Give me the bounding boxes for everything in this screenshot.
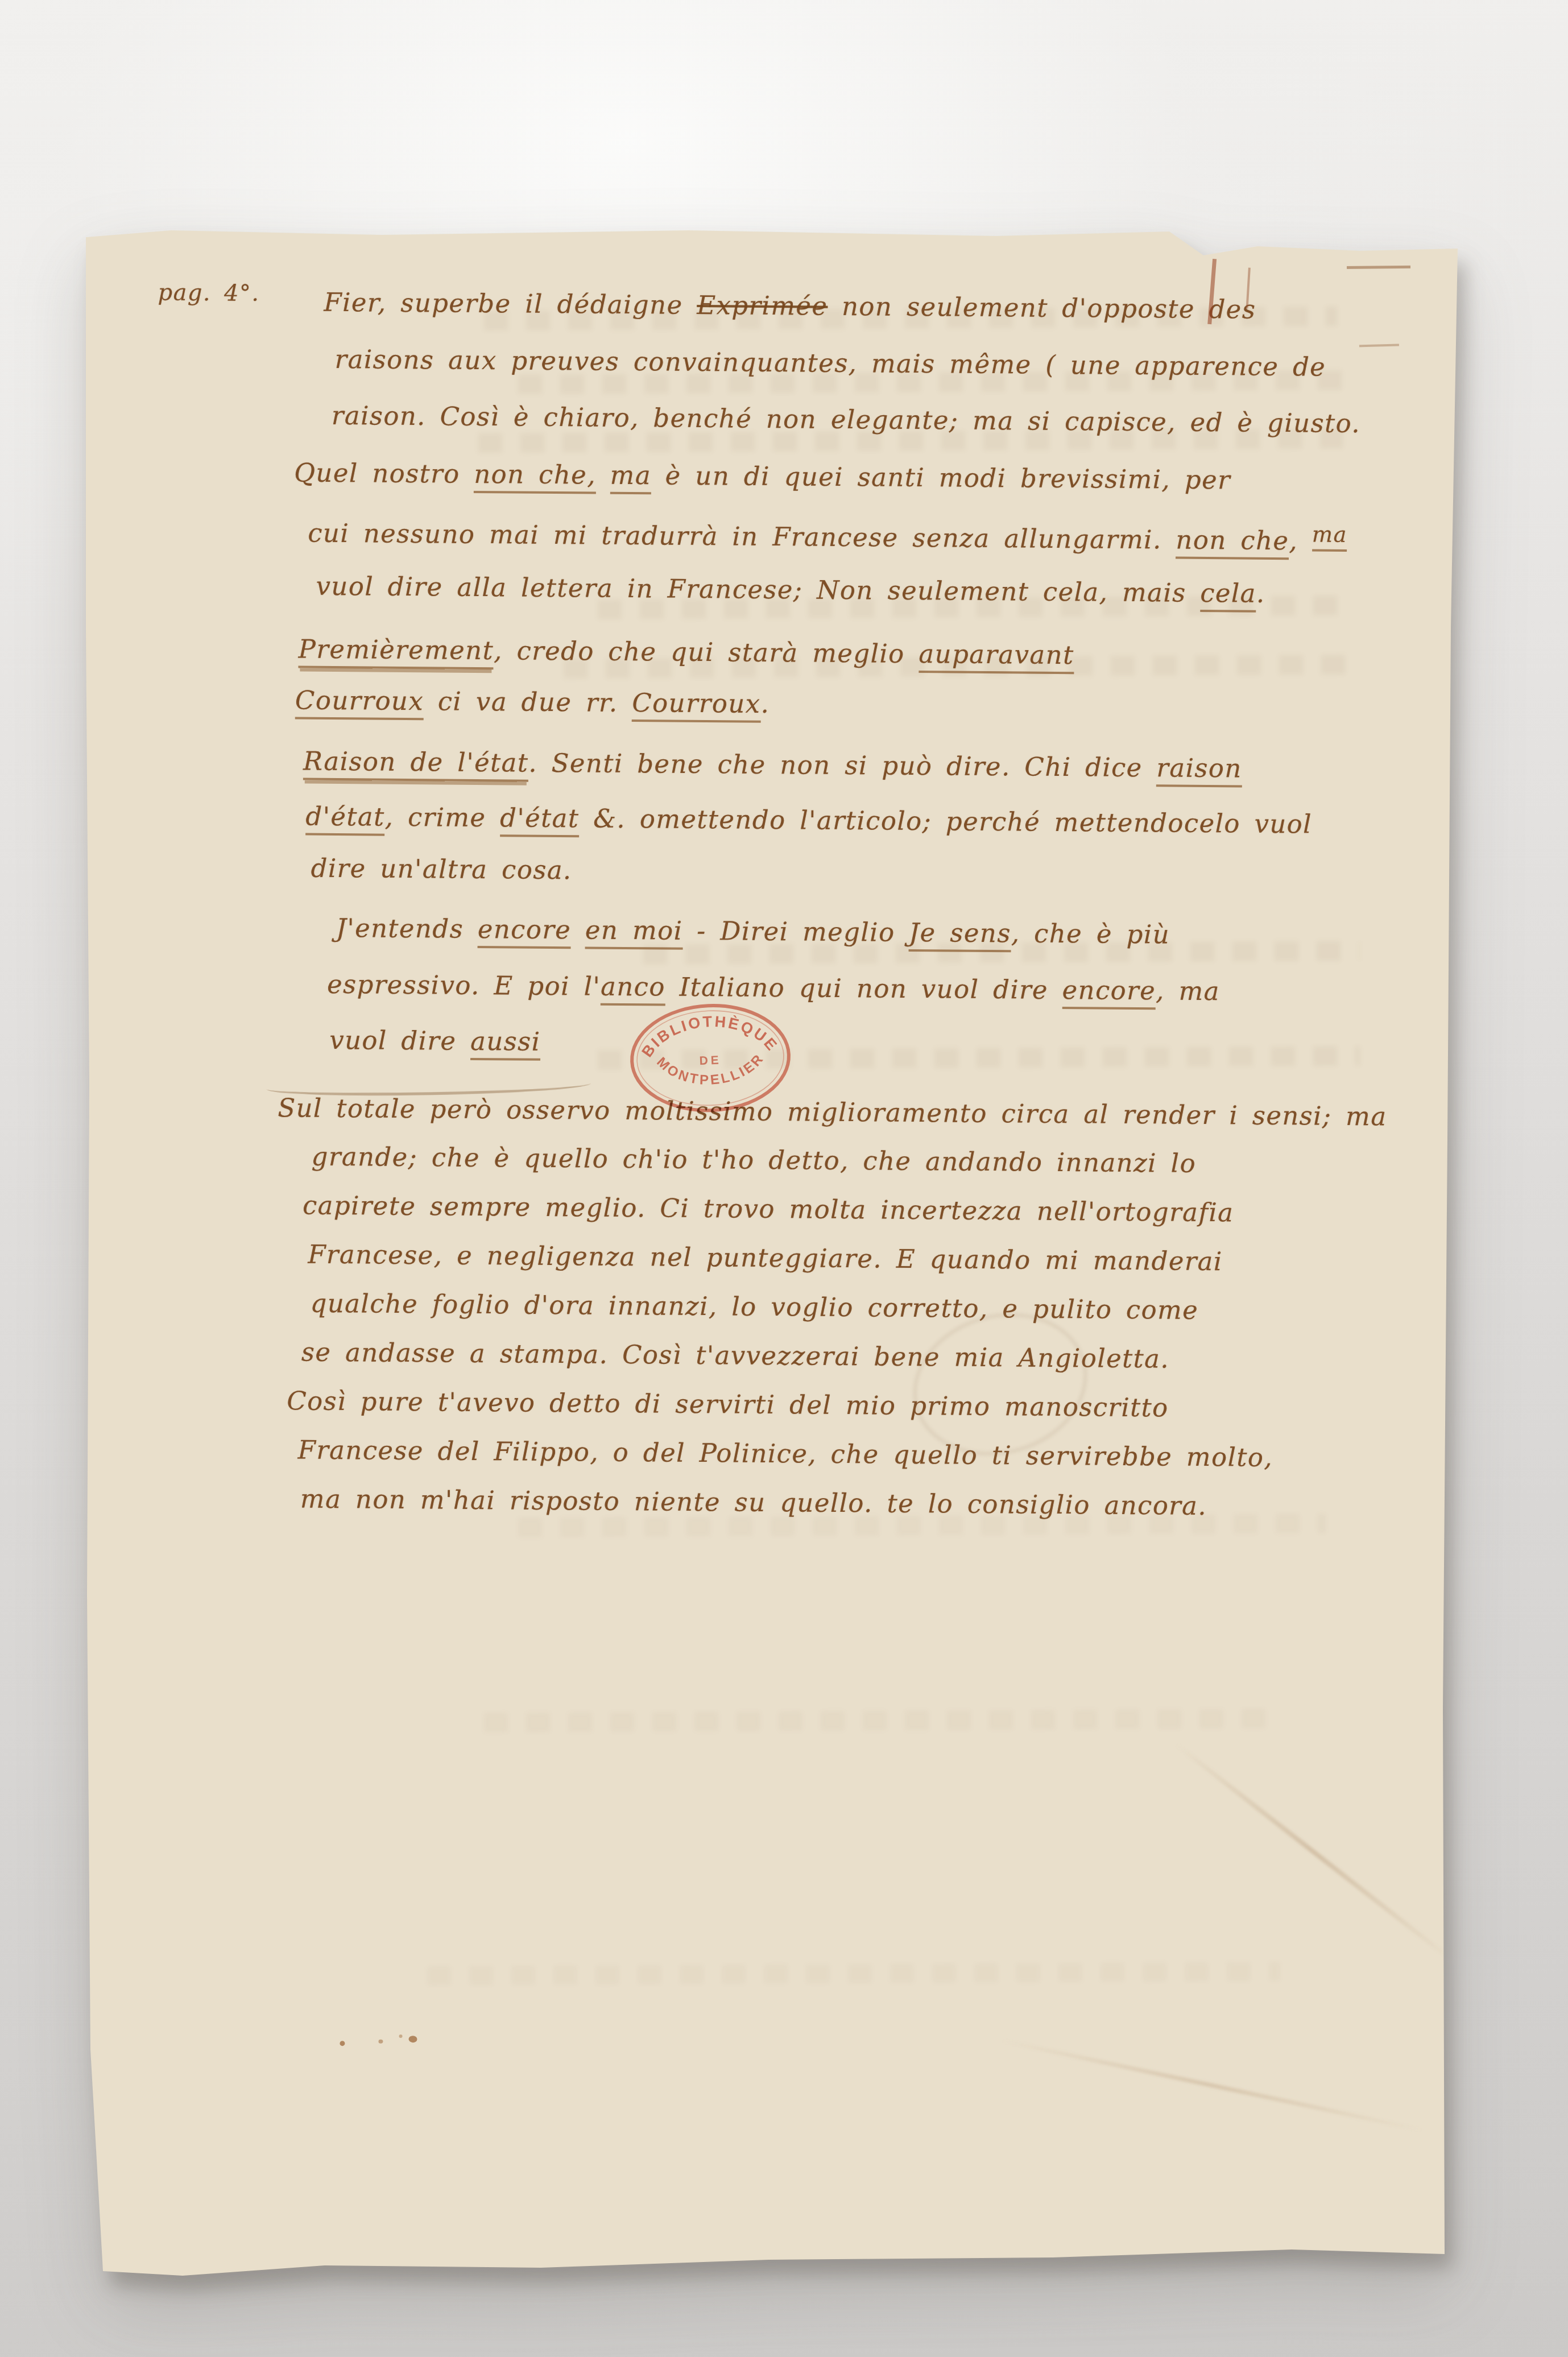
ink-speck: [340, 2041, 345, 2046]
ink-speck: [399, 2035, 403, 2038]
struck-word: Exprimée: [697, 290, 828, 321]
manuscript-line: qualche foglio d'ora innanzi, lo voglio …: [310, 1288, 1198, 1325]
library-stamp: BIBLIOTHÈQUE DE MONTPELLIER: [622, 994, 798, 1123]
manuscript-page: pag. 4°. Fier, superbe il dédaigne Expri…: [86, 229, 1458, 2277]
ink-mark: [1359, 344, 1399, 347]
manuscript-line: capirete sempre meglio. Ci trovo molta i…: [303, 1190, 1234, 1228]
manuscript-line: ma non m'hai risposto niente su quello. …: [300, 1484, 1207, 1521]
manuscript-line: Courroux ci va due rr. Courroux.: [295, 685, 770, 719]
photo-backdrop: pag. 4°. Fier, superbe il dédaigne Expri…: [0, 0, 1568, 2357]
manuscript-line: raisons aux preuves convainquantes, mais…: [334, 344, 1326, 382]
ink-speck: [378, 2040, 383, 2044]
manuscript-line: cui nessuno mai mi tradurrà in Francese …: [308, 514, 1347, 556]
manuscript-line: Premièrement, credo che qui starà meglio…: [298, 634, 1074, 670]
manuscript-line: Francese, e negligenza nel punteggiare. …: [308, 1239, 1223, 1277]
manuscript-text-block: pag. 4°. Fier, superbe il dédaigne Expri…: [70, 229, 1458, 2288]
manuscript-line: grande; che è quello ch'io t'ho detto, c…: [311, 1142, 1196, 1178]
manuscript-line: Fier, superbe il dédaigne Exprimée non s…: [324, 287, 1256, 325]
manuscript-line: vuol dire aussi: [329, 1025, 541, 1057]
manuscript-line: Sul totale però osservo moltissimo migli…: [278, 1093, 1387, 1131]
manuscript-line: dire un'altra cosa.: [311, 853, 572, 886]
paper-sheet: pag. 4°. Fier, superbe il dédaigne Expri…: [86, 229, 1458, 2277]
manuscript-line: Raison de l'état. Senti bene che non si …: [303, 746, 1242, 784]
page-number: pag. 4°.: [158, 280, 259, 307]
ink-speck: [408, 2036, 417, 2042]
manuscript-line: d'état, crime d'état &. omettendo l'arti…: [305, 801, 1312, 840]
stamp-text-middle: DE: [699, 1053, 722, 1068]
manuscript-line: vuol dire alla lettera in Francese; Non …: [316, 571, 1265, 609]
manuscript-line: Francese del Filippo, o del Polinice, ch…: [297, 1435, 1273, 1473]
manuscript-line: J'entends encore en moi - Direi meglio J…: [336, 913, 1170, 950]
manuscript-line: Quel nostro non che, ma è un di quei san…: [294, 457, 1231, 495]
manuscript-line: raison. Così è chiaro, benché non elegan…: [332, 400, 1360, 439]
ink-mark: [1347, 266, 1410, 269]
